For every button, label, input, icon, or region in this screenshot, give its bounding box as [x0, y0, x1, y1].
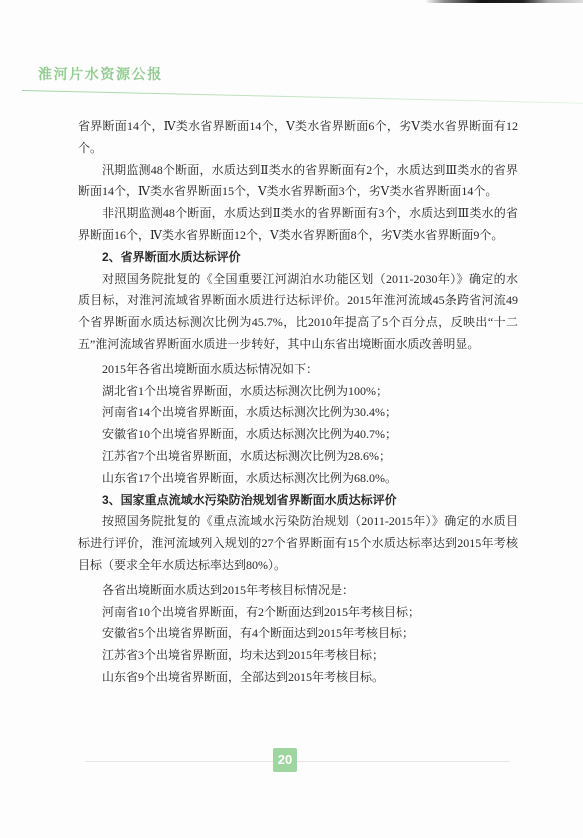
header-rule	[22, 90, 583, 104]
page-number: 20	[273, 748, 297, 772]
body-paragraph: 按照国务院批复的《重点流域水污染防治规划（2011-2015年）》确定的水质目标…	[78, 511, 518, 576]
body-paragraph: 非汛期监测48个断面，水质达到Ⅱ类水的省界断面有3个，水质达到Ⅲ类水的省界断面1…	[78, 203, 518, 247]
report-header-title: 淮河片水资源公报	[38, 64, 163, 84]
body-paragraph: 对照国务院批复的《全国重要江河湖泊水功能区划（2011-2030年）》确定的水质…	[78, 269, 518, 356]
body-paragraph: 河南省10个出境省界断面，有2个断面达到2015年考核目标；	[78, 602, 518, 624]
body-paragraph: 安徽省10个出境省界断面，水质达标测次比例为40.7%；	[78, 424, 518, 446]
body-paragraph: 各省出境断面水质达到2015年考核目标情况是：	[78, 580, 518, 602]
body-paragraph: 江苏省7个出境省界断面，水质达标测次比例为28.6%；	[78, 446, 518, 468]
body-paragraph: 河南省14个出境省界断面，水质达标测次比例为30.4%；	[78, 402, 518, 424]
section-heading: 3、国家重点流域水污染防治规划省界断面水质达标评价	[78, 490, 518, 512]
scan-artifact-top-edge	[425, 0, 583, 3]
body-paragraph: 山东省17个出境省界断面，水质达标测次比例为68.0%。	[78, 468, 518, 490]
body-paragraph: 江苏省3个出境省界断面，均未达到2015年考核目标；	[78, 645, 518, 667]
body-paragraph: 山东省9个出境省界断面，全部达到2015年考核目标。	[78, 667, 518, 689]
body-paragraph: 省界断面14个，Ⅳ类水省界断面14个，Ⅴ类水省界断面6个，劣Ⅴ类水省界断面有12…	[78, 116, 518, 160]
scan-artifact-footer-line	[85, 761, 510, 762]
scanned-document-page: 淮河片水资源公报 省界断面14个，Ⅳ类水省界断面14个，Ⅴ类水省界断面6个，劣Ⅴ…	[0, 0, 583, 838]
section-heading: 2、省界断面水质达标评价	[78, 247, 518, 269]
body-paragraph: 汛期监测48个断面，水质达到Ⅱ类水的省界断面有2个，水质达到Ⅲ类水的省界断面14…	[78, 160, 518, 204]
body-paragraph: 湖北省1个出境省界断面，水质达标测次比例为100%；	[78, 381, 518, 403]
body-paragraph: 2015年各省出境断面水质达标情况如下：	[78, 359, 518, 381]
document-body: 省界断面14个，Ⅳ类水省界断面14个，Ⅴ类水省界断面6个，劣Ⅴ类水省界断面有12…	[78, 116, 518, 689]
body-paragraph: 安徽省5个出境省界断面，有4个断面达到2015年考核目标；	[78, 623, 518, 645]
